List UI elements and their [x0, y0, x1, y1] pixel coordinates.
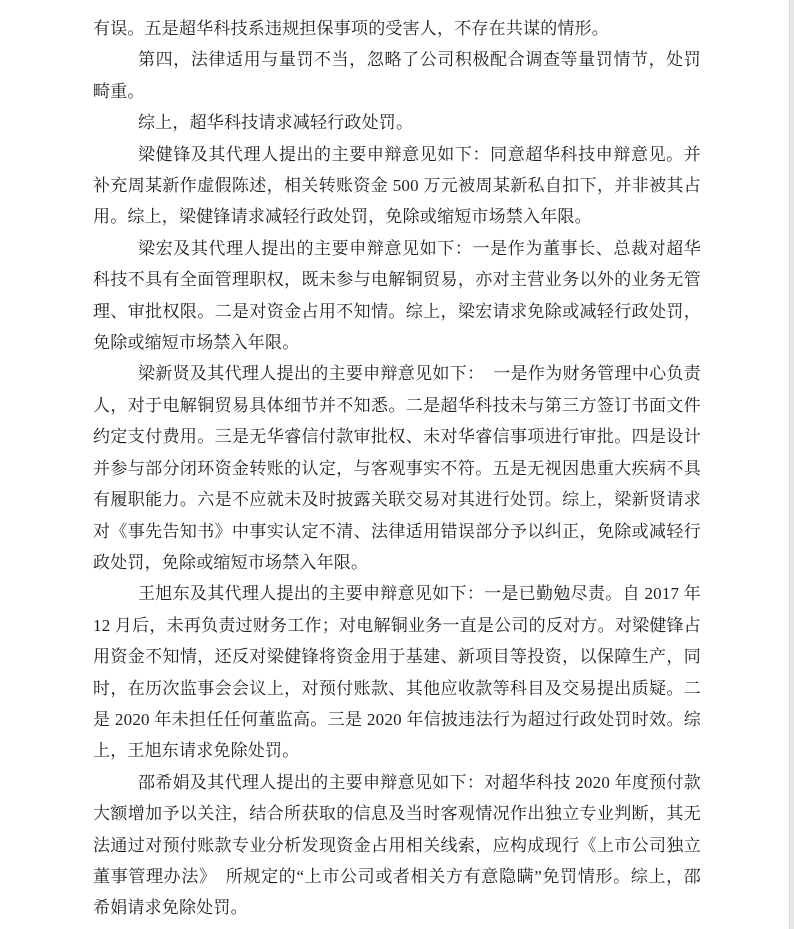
page-edge-shadow: [789, 0, 794, 929]
paragraph: 梁健锋及其代理人提出的主要申辩意见如下：同意超华科技申辩意见。并补充周某新作虚假…: [93, 139, 701, 233]
paragraph: 邵希娟及其代理人提出的主要申辩意见如下：对超华科技 2020 年度预付款大额增加…: [93, 767, 701, 924]
document-page: 有误。五是超华科技系违规担保事项的受害人，不存在共谋的情形。 第四，法律适用与量…: [0, 0, 794, 929]
paragraph: 综上，超华科技请求减轻行政处罚。: [93, 107, 701, 138]
document-text-block: 有误。五是超华科技系违规担保事项的受害人，不存在共谋的情形。 第四，法律适用与量…: [93, 13, 701, 924]
paragraph: 有误。五是超华科技系违规担保事项的受害人，不存在共谋的情形。: [93, 13, 701, 44]
paragraph: 梁新贤及其代理人提出的主要申辩意见如下： 一是作为财务管理中心负责人，对于电解铜…: [93, 358, 701, 578]
paragraph: 第四，法律适用与量罚不当，忽略了公司积极配合调查等量罚情节，处罚畸重。: [93, 44, 701, 107]
paragraph: 王旭东及其代理人提出的主要申辩意见如下：一是已勤勉尽责。自 2017 年 12 …: [93, 578, 701, 766]
paragraph: 梁宏及其代理人提出的主要申辩意见如下：一是作为董事长、总裁对超华科技不具有全面管…: [93, 233, 701, 359]
